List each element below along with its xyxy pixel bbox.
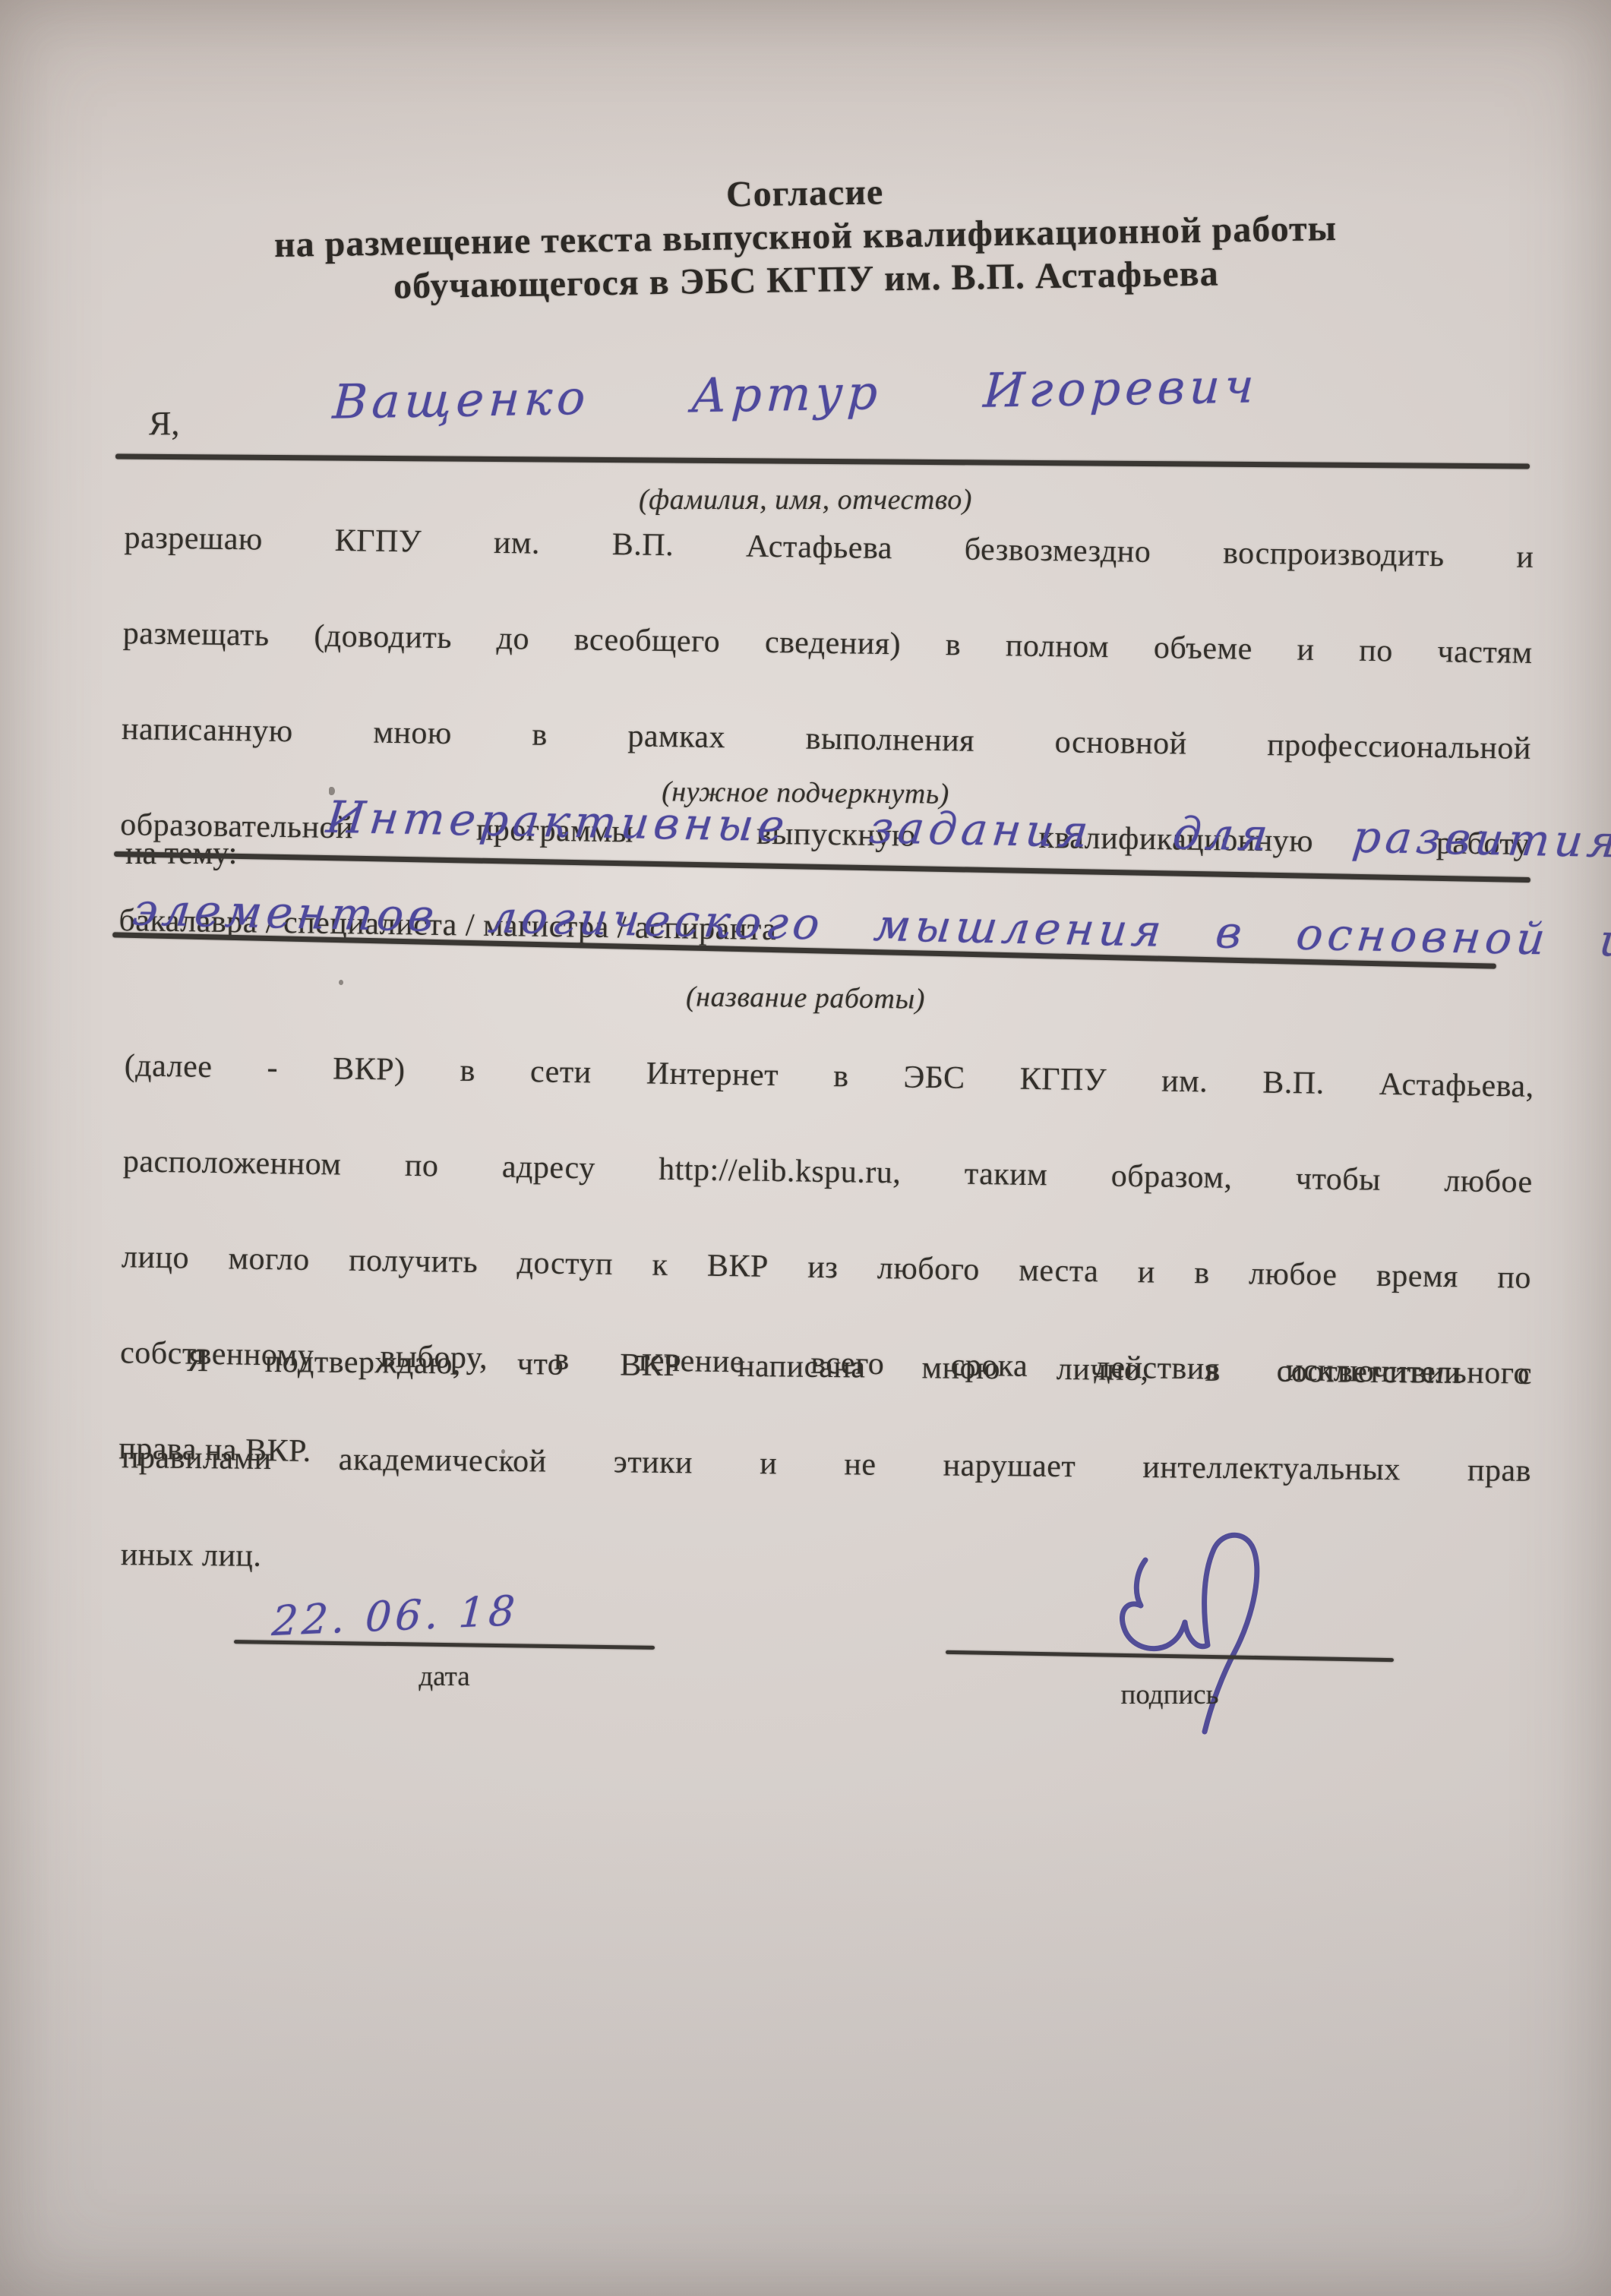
date-caption: дата <box>234 1660 655 1693</box>
declarant-prefix: Я, <box>149 404 179 443</box>
signature-caption: подпись <box>946 1679 1394 1711</box>
signature-mark <box>1092 1525 1320 1745</box>
ink-speck <box>339 980 343 985</box>
topic-caption: (название работы) <box>0 973 1611 1023</box>
handwritten-date: 22. 06. 18 <box>270 1587 520 1645</box>
date-underline <box>234 1640 655 1650</box>
ink-speck <box>501 1449 505 1454</box>
handwritten-full-name: Ващенко Артур Игоревич <box>331 358 1259 429</box>
paragraph-line: Я подтверждаю, что ВКР написана мною лич… <box>122 1336 1532 1447</box>
name-underline <box>115 454 1530 469</box>
name-caption: (фамилия, имя, отчество) <box>0 483 1611 516</box>
confirmation-paragraph: Я подтверждаю, что ВКР написана мною лич… <box>121 1336 1533 1593</box>
document-title: Согласие на размещение текста выпускной … <box>0 159 1611 314</box>
scanned-consent-document: Согласие на размещение текста выпускной … <box>0 0 1611 2296</box>
